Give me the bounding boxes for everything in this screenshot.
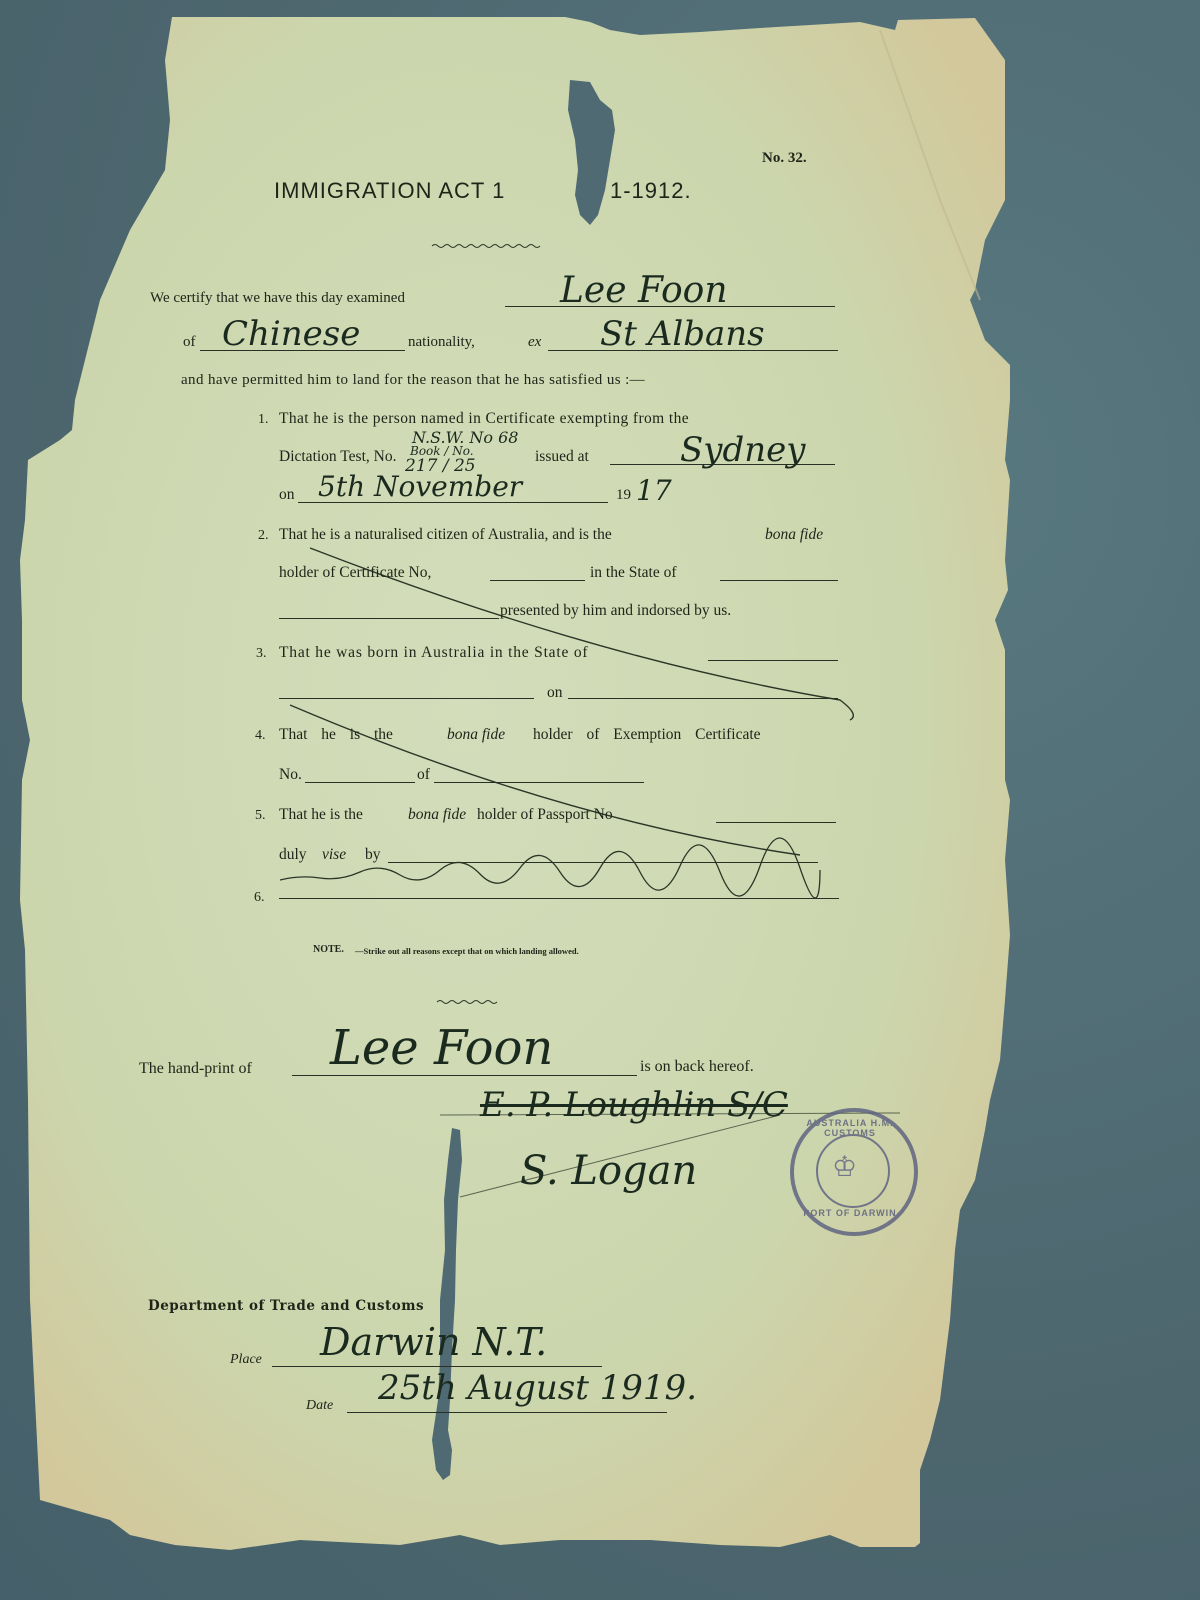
reason-5-by: by [365, 846, 381, 864]
reason-5-number: 5. [255, 808, 266, 824]
permitted-text: and have permitted him to land for the r… [181, 372, 645, 389]
reason-3-number: 3. [256, 646, 267, 662]
of-label: of [183, 334, 196, 351]
document-number: No. 32. [762, 150, 807, 167]
reason-5-vise-line [388, 862, 818, 863]
issued-at-value: Sydney [680, 430, 806, 470]
reason-4-number: 4. [255, 728, 266, 744]
document-title-left: IMMIGRATION ACT 1 [274, 178, 505, 204]
reason-2-blank-line [279, 618, 499, 619]
stamp-bottom-text: PORT OF DARWIN [790, 1208, 910, 1218]
reason-2-line2b: in the State of [590, 564, 677, 582]
note-text: —Strike out all reasons except that on w… [355, 946, 579, 956]
reason-6-line [279, 898, 839, 899]
reason-2-line2a: holder of Certificate No, [279, 564, 431, 582]
certify-prefix: We certify that we have this day examine… [150, 290, 405, 307]
reason-4-line1c: holder of Exemption Certificate [533, 726, 761, 744]
reason-3-date-line [568, 698, 838, 699]
reason-3-blank-line [279, 698, 534, 699]
reason-3-line1: That he was born in Australia in the Sta… [279, 644, 588, 662]
date-label: Date [306, 1398, 333, 1414]
handprint-prefix: The hand-print of [139, 1060, 252, 1078]
issued-at-label: issued at [535, 448, 589, 466]
reason-5-line1c: holder of Passport No [477, 806, 613, 824]
signature-officer-struck: E. P. Loughlin S/C [480, 1085, 788, 1125]
reason-5-vise: vise [322, 846, 346, 864]
place-value: Darwin N.T. [320, 1320, 547, 1364]
reason-1-dictation-label: Dictation Test, No. [279, 448, 396, 466]
crown-crest-icon: ♔ [832, 1150, 857, 1184]
department-name: Department of Trade and Customs [148, 1298, 424, 1314]
place-line [272, 1366, 602, 1367]
reason-4-no: No. [279, 766, 302, 784]
date-line [347, 1412, 667, 1413]
reason-1-line1: That he is the person named in Certifica… [279, 410, 689, 428]
ex-label: ex [528, 334, 541, 351]
reason-5-line1a: That he is the [279, 806, 363, 824]
reason-4-of: of [417, 766, 430, 784]
date-value: 25th August 1919. [378, 1368, 697, 1408]
reason-3-on: on [547, 684, 563, 702]
reason-3-state-line [708, 660, 838, 661]
reason-2-line1: That he is a naturalised citizen of Aust… [279, 526, 612, 544]
reason-2-line3: presented by him and indorsed by us. [500, 602, 731, 620]
reason-4-no-line [305, 782, 415, 783]
handprint-suffix: is on back hereof. [640, 1058, 754, 1076]
reason-5-passport-line [716, 822, 836, 823]
nationality-value: Chinese [222, 314, 360, 354]
signature-logan: S. Logan [520, 1148, 697, 1194]
reason-6-number: 6. [254, 890, 265, 906]
note-label: NOTE. [313, 944, 344, 955]
reason-2-number: 2. [258, 528, 269, 544]
document-content: No. 32. IMMIGRATION ACT 1 1-1912. We cer… [0, 0, 1200, 1600]
document-title-right: 1-1912. [610, 178, 692, 204]
issued-date: 5th November [318, 470, 522, 503]
reason-2-bona-fide: bona fide [765, 526, 823, 544]
reason-4-bona-fide: bona fide [447, 726, 505, 744]
reason-2-cert-line [490, 580, 585, 581]
year-prefix: 19 [616, 487, 631, 504]
reason-4-line1a: That he is the [279, 726, 393, 744]
examined-name: Lee Foon [560, 270, 728, 311]
place-label: Place [230, 1352, 262, 1368]
customs-stamp: AUSTRALIA H.M. CUSTOMS ♔ PORT OF DARWIN [790, 1108, 918, 1236]
nationality-label: nationality, [408, 334, 475, 351]
ship-name: St Albans [600, 314, 765, 354]
handprint-name: Lee Foon [330, 1020, 553, 1076]
year-suffix: 17 [636, 474, 672, 507]
reason-1-number: 1. [258, 412, 269, 428]
on-label: on [279, 486, 295, 504]
reason-2-state-line [720, 580, 838, 581]
reason-5-bona-fide: bona fide [408, 806, 466, 824]
reason-4-of-line [434, 782, 644, 783]
reason-5-duly: duly [279, 846, 307, 864]
